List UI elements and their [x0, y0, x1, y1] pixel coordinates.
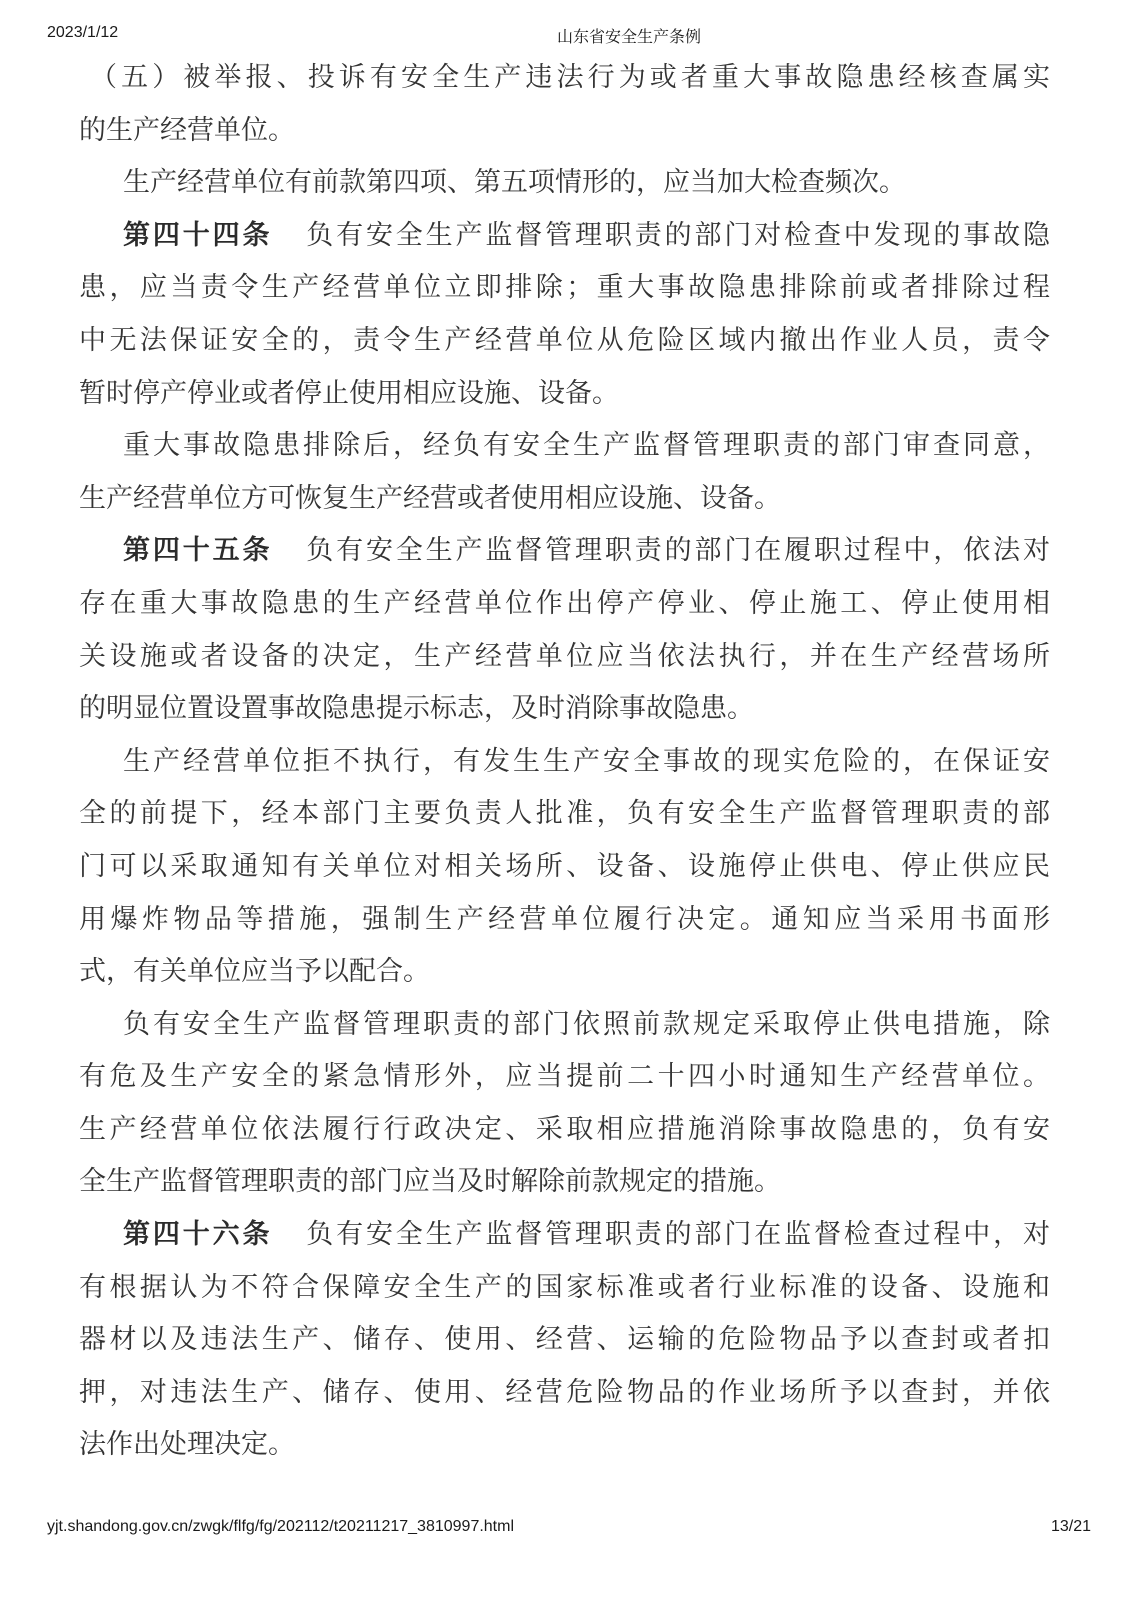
text-line: 有根据认为不符合保障安全生产的国家标准或者行业标准的设备、设施和: [79, 1262, 1050, 1315]
article-number: 第四十六条: [123, 1219, 272, 1250]
text-line: 重大事故隐患排除后，经负有安全生产监督管理职责的部门审查同意，: [79, 420, 1050, 473]
text-line: 的明显位置设置事故隐患提示标志，及时消除事故隐患。: [79, 683, 1050, 736]
text-line: 关设施或者设备的决定，生产经营单位应当依法执行，并在生产经营场所: [79, 631, 1050, 684]
text-line: 第四十六条负有安全生产监督管理职责的部门在监督检查过程中，对: [79, 1209, 1050, 1262]
text-line: 器材以及违法生产、储存、使用、经营、运输的危险物品予以查封或者扣: [79, 1314, 1050, 1367]
footer-url: yjt.shandong.gov.cn/zwgk/flfg/fg/202112/…: [47, 1518, 514, 1536]
header-date: 2023/1/12: [47, 24, 118, 42]
text-line: 有危及生产安全的紧急情形外，应当提前二十四小时通知生产经营单位。: [79, 1051, 1050, 1104]
text-line: 法作出处理决定。: [79, 1419, 1050, 1472]
text-line: 门可以采取通知有关单位对相关场所、设备、设施停止供电、停止供应民: [79, 841, 1050, 894]
paragraph: 第四十六条负有安全生产监督管理职责的部门在监督检查过程中，对有根据认为不符合保障…: [79, 1209, 1050, 1472]
paragraph: 重大事故隐患排除后，经负有安全生产监督管理职责的部门审查同意，生产经营单位方可恢…: [79, 420, 1050, 525]
text-line: 存在重大事故隐患的生产经营单位作出停产停业、停止施工、停止使用相: [79, 578, 1050, 631]
document-body: （五）被举报、投诉有安全生产违法行为或者重大事故隐患经核查属实的生产经营单位。生…: [79, 52, 1050, 1472]
print-header: 2023/1/12 山东省安全生产条例: [47, 24, 1084, 44]
text-line: 暂时停产停业或者停止使用相应设施、设备。: [79, 368, 1050, 421]
text-line: 押，对违法生产、储存、使用、经营危险物品的作业场所予以查封，并依: [79, 1367, 1050, 1420]
document-title: 山东省安全生产条例: [557, 24, 701, 47]
article-number: 第四十五条: [123, 535, 272, 566]
article-number: 第四十四条: [123, 220, 272, 251]
print-footer: yjt.shandong.gov.cn/zwgk/flfg/fg/202112/…: [47, 1518, 1091, 1538]
paragraph: 生产经营单位拒不执行，有发生生产安全事故的现实危险的，在保证安全的前提下，经本部…: [79, 736, 1050, 999]
text-line: 全生产监督管理职责的部门应当及时解除前款规定的措施。: [79, 1156, 1050, 1209]
text-line: 用爆炸物品等措施，强制生产经营单位履行决定。通知应当采用书面形: [79, 894, 1050, 947]
text-line: 第四十四条负有安全生产监督管理职责的部门对检查中发现的事故隐: [79, 210, 1050, 263]
printed-page: 2023/1/12 山东省安全生产条例 （五）被举报、投诉有安全生产违法行为或者…: [0, 0, 1131, 1600]
text-line: 患，应当责令生产经营单位立即排除；重大事故隐患排除前或者排除过程: [79, 262, 1050, 315]
text-line: 生产经营单位有前款第四项、第五项情形的，应当加大检查频次。: [79, 157, 1050, 210]
text-line: 负有安全生产监督管理职责的部门依照前款规定采取停止供电措施，除: [79, 999, 1050, 1052]
paragraph: 生产经营单位有前款第四项、第五项情形的，应当加大检查频次。: [79, 157, 1050, 210]
text-line: 全的前提下，经本部门主要负责人批准，负有安全生产监督管理职责的部: [79, 788, 1050, 841]
paragraph: 负有安全生产监督管理职责的部门依照前款规定采取停止供电措施，除有危及生产安全的紧…: [79, 999, 1050, 1209]
text-line: 生产经营单位方可恢复生产经营或者使用相应设施、设备。: [79, 473, 1050, 526]
text-line: 的生产经营单位。: [79, 105, 1050, 158]
text-line: 生产经营单位依法履行行政决定、采取相应措施消除事故隐患的，负有安: [79, 1104, 1050, 1157]
page-number: 13/21: [1051, 1518, 1091, 1536]
text-line: 式，有关单位应当予以配合。: [79, 946, 1050, 999]
text-line: 第四十五条负有安全生产监督管理职责的部门在履职过程中，依法对: [79, 525, 1050, 578]
text-line: 中无法保证安全的，责令生产经营单位从危险区域内撤出作业人员，责令: [79, 315, 1050, 368]
paragraph: 第四十五条负有安全生产监督管理职责的部门在履职过程中，依法对存在重大事故隐患的生…: [79, 525, 1050, 735]
text-line: 生产经营单位拒不执行，有发生生产安全事故的现实危险的，在保证安: [79, 736, 1050, 789]
paragraph: （五）被举报、投诉有安全生产违法行为或者重大事故隐患经核查属实的生产经营单位。: [79, 52, 1050, 157]
text-line: （五）被举报、投诉有安全生产违法行为或者重大事故隐患经核查属实: [79, 52, 1050, 105]
paragraph: 第四十四条负有安全生产监督管理职责的部门对检查中发现的事故隐患，应当责令生产经营…: [79, 210, 1050, 420]
